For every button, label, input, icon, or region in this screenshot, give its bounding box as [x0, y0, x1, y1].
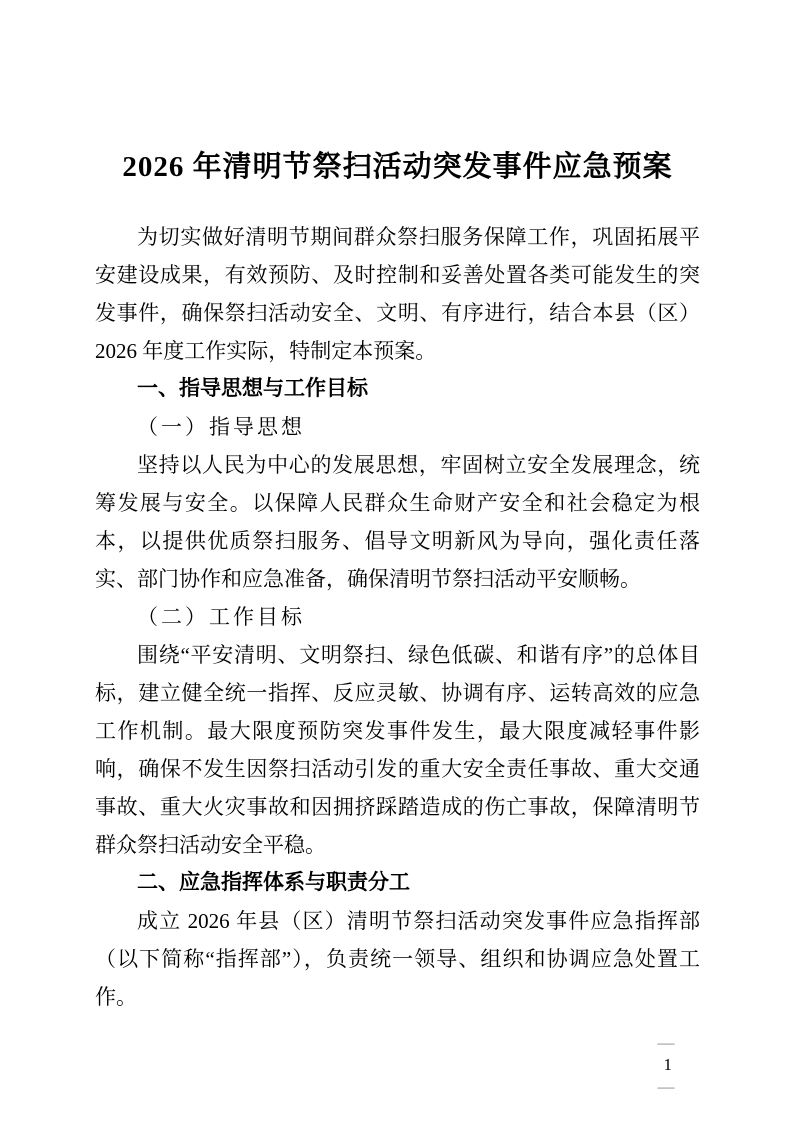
page-number-dash-right: —: [658, 1077, 675, 1096]
page-number: — 1 —: [641, 1010, 679, 1120]
paragraph-guiding-ideology: 坚持以人民为中心的发展思想，牢固树立安全发展理念，统筹发展与安全。以保障人民群众…: [95, 446, 700, 598]
document-page: 2026 年清明节祭扫活动突发事件应急预案 为切实做好清明节期间群众祭扫服务保障…: [0, 0, 793, 1122]
paragraph-intro: 为切实做好清明节期间群众祭扫服务保障工作，巩固拓展平安建设成果，有效预防、及时控…: [95, 218, 700, 370]
page-number-dash-left: —: [658, 1033, 675, 1052]
subsection-heading-1-2: （二）工作目标: [95, 598, 700, 636]
subsection-heading-1-1: （一）指导思想: [95, 408, 700, 446]
section-heading-2: 二、应急指挥体系与职责分工: [95, 864, 700, 902]
page-number-value: 1: [658, 1055, 679, 1074]
section-heading-1: 一、指导思想与工作目标: [95, 370, 700, 408]
document-title: 2026 年清明节祭扫活动突发事件应急预案: [95, 146, 700, 188]
paragraph-work-goals: 围绕“平安清明、文明祭扫、绿色低碳、和谐有序”的总体目标，建立健全统一指挥、反应…: [95, 636, 700, 864]
paragraph-command-system: 成立 2026 年县（区）清明节祭扫活动突发事件应急指挥部（以下简称“指挥部”）…: [95, 902, 700, 1016]
